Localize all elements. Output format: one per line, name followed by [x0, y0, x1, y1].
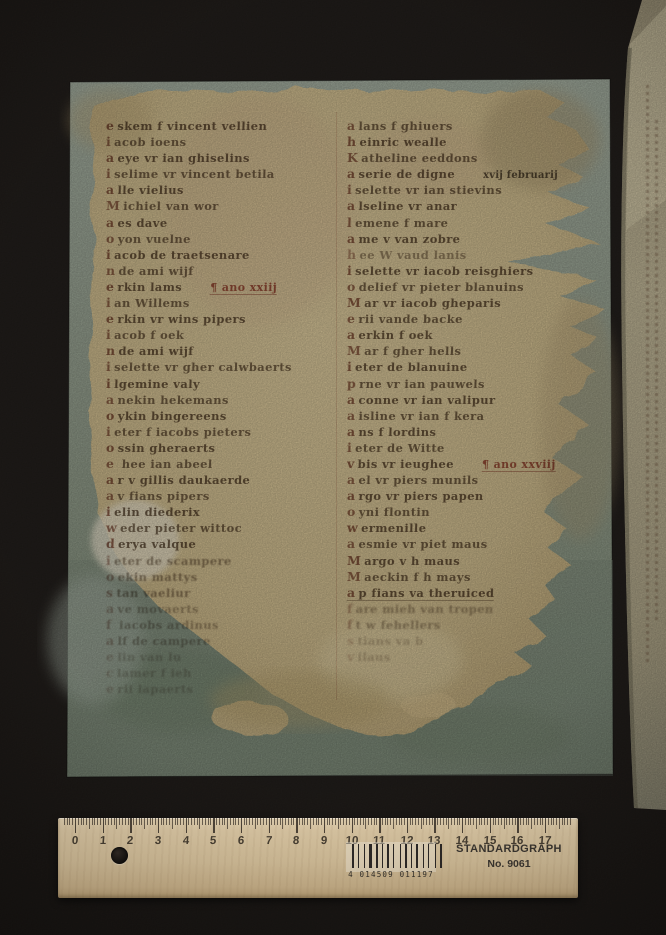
ruler-tick: [407, 818, 408, 833]
ruler-tick: [534, 818, 535, 825]
barcode-bar: [358, 844, 359, 868]
ruler-tick: [501, 818, 502, 825]
ruler-tick: [421, 818, 422, 829]
barcode-bar: [440, 844, 442, 868]
grain-overlay: [0, 0, 666, 935]
ruler-tick: [537, 818, 538, 825]
ruler-tick: [227, 818, 228, 829]
barcode-bar: [382, 844, 383, 868]
barcode-bar: [369, 844, 372, 868]
ruler-tick: [116, 818, 117, 829]
ruler-number: 4: [182, 835, 189, 847]
ruler-tick: [481, 818, 482, 825]
ruler-tick: [332, 818, 333, 825]
ruler-tick: [92, 818, 93, 825]
ruler-tick: [210, 818, 211, 825]
ruler-tick: [191, 818, 192, 825]
ruler-tick: [122, 818, 123, 825]
ruler-tick: [161, 818, 162, 825]
ruler-number: 1: [99, 835, 106, 847]
ruler-tick: [493, 818, 494, 825]
ruler-tick: [426, 818, 427, 825]
ruler-tick: [570, 818, 571, 825]
ruler-tick: [465, 818, 466, 825]
ruler-tick: [152, 818, 153, 825]
ruler-number: 6: [237, 835, 244, 847]
barcode-bar: [352, 844, 354, 868]
ruler-tick: [108, 818, 109, 825]
ruler-tick: [360, 818, 361, 825]
folio-script-marks: [655, 120, 658, 620]
ruler-tick: [69, 818, 70, 825]
ruler-tick: [130, 818, 131, 833]
ruler-tick: [216, 818, 217, 825]
barcode: 4 014509 011197: [346, 842, 436, 884]
ruler-tick: [321, 818, 322, 825]
ruler-tick: [548, 818, 549, 825]
ruler-tick: [498, 818, 499, 825]
ruler-tick: [266, 818, 267, 825]
ruler-tick: [523, 818, 524, 825]
model-number: No. 9061: [448, 858, 570, 870]
barcode-bar: [423, 844, 424, 868]
folio-script-marks: [646, 85, 649, 665]
ruler-tick: [520, 818, 521, 825]
ruler-tick: [470, 818, 471, 825]
ruler-tick: [318, 818, 319, 825]
ruler-tick: [188, 818, 189, 825]
ruler-tick: [199, 818, 200, 829]
ruler-tick: [194, 818, 195, 825]
ruler-tick: [238, 818, 239, 825]
ruler-tick: [506, 818, 507, 825]
ruler-number: 5: [210, 835, 217, 847]
ruler-tick: [329, 818, 330, 825]
ruler-tick: [64, 818, 65, 825]
ruler-tick: [415, 818, 416, 825]
ruler-tick: [141, 818, 142, 825]
ruler-tick: [97, 818, 98, 825]
ruler-tick: [86, 818, 87, 825]
ruler-tick: [67, 818, 68, 825]
ruler-tick: [304, 818, 305, 825]
barcode-bar: [393, 844, 394, 868]
ruler-tick: [340, 818, 341, 825]
barcode-digits: 4 014509 011197: [346, 870, 436, 879]
ruler-tick: [208, 818, 209, 825]
ruler-tick: [299, 818, 300, 825]
ruler-tick: [443, 818, 444, 825]
ruler-tick: [410, 818, 411, 825]
ruler-tick: [100, 818, 101, 825]
ruler-tick: [316, 818, 317, 825]
ruler-tick: [517, 818, 518, 833]
ruler-tick: [111, 818, 112, 825]
ruler-tick: [263, 818, 264, 825]
ruler-tick: [150, 818, 151, 825]
ruler-tick: [553, 818, 554, 825]
ruler-number: 9: [320, 835, 327, 847]
ruler-tick: [128, 818, 129, 825]
ruler-tick: [451, 818, 452, 825]
ruler-tick: [343, 818, 344, 825]
ruler-tick: [393, 818, 394, 829]
ruler-tick: [448, 818, 449, 829]
ruler-tick: [354, 818, 355, 825]
ruler-tick: [324, 818, 325, 833]
ruler-tick: [139, 818, 140, 825]
ruler-tick: [515, 818, 516, 825]
ruler-tick: [296, 818, 297, 833]
ruler-tick: [404, 818, 405, 825]
ruler-number: 3: [154, 835, 161, 847]
ruler-tick: [528, 818, 529, 825]
ruler-tick: [385, 818, 386, 825]
barcode-bar: [416, 844, 418, 868]
ruler-tick: [349, 818, 350, 825]
ruler-tick: [119, 818, 120, 825]
ruler-hole: [111, 847, 128, 864]
barcode-bar: [400, 844, 401, 868]
ruler-tick: [125, 818, 126, 825]
ruler-tick: [269, 818, 270, 833]
ruler-tick: [473, 818, 474, 825]
ruler-tick: [277, 818, 278, 825]
ruler-tick: [540, 818, 541, 825]
ruler-tick: [365, 818, 366, 829]
ruler-tick: [197, 818, 198, 825]
ruler-tick: [432, 818, 433, 825]
ruler-tick: [434, 818, 435, 833]
ruler-tick: [487, 818, 488, 825]
ruler-tick: [509, 818, 510, 825]
ruler-tick: [103, 818, 104, 833]
ruler-tick: [219, 818, 220, 825]
ruler-tick: [446, 818, 447, 825]
ruler-tick: [376, 818, 377, 825]
ruler-tick: [224, 818, 225, 825]
manuscript-photo: eskem f vincent vellieniacob ioensaeye v…: [0, 0, 666, 935]
ruler-tick: [235, 818, 236, 825]
ruler-tick: [177, 818, 178, 825]
ruler-tick: [313, 818, 314, 825]
ruler-tick: [136, 818, 137, 825]
ruler-tick: [252, 818, 253, 825]
ruler-tick: [567, 818, 568, 825]
ruler-tick: [291, 818, 292, 825]
ruler-tick: [401, 818, 402, 825]
ruler-tick: [72, 818, 73, 825]
ruler-tick: [338, 818, 339, 829]
ruler-tick: [280, 818, 281, 825]
ruler-number: 8: [293, 835, 300, 847]
ruler-tick: [205, 818, 206, 825]
ruler-tick: [484, 818, 485, 825]
ruler-tick: [374, 818, 375, 825]
ruler-tick: [556, 818, 557, 825]
ruler-tick: [531, 818, 532, 829]
ruler-tick: [437, 818, 438, 825]
ruler-tick: [382, 818, 383, 825]
ruler-tick: [379, 818, 380, 833]
ruler-tick: [282, 818, 283, 829]
ruler-tick: [479, 818, 480, 825]
ruler-tick: [418, 818, 419, 825]
ruler-tick: [175, 818, 176, 825]
barcode-bar: [428, 844, 429, 868]
ruler-tick: [454, 818, 455, 825]
barcode-bar: [387, 844, 389, 868]
ruler-tick: [83, 818, 84, 825]
ruler-tick: [542, 818, 543, 825]
ruler-tick: [512, 818, 513, 825]
ruler-tick: [459, 818, 460, 825]
ruler-tick: [114, 818, 115, 825]
ruler-tick: [490, 818, 491, 833]
ruler-tick: [368, 818, 369, 825]
ruler-tick: [222, 818, 223, 825]
photo-scene: [0, 0, 666, 935]
ruler-tick: [462, 818, 463, 833]
ruler-tick: [559, 818, 560, 829]
ruler-tick: [144, 818, 145, 829]
ruler-tick: [387, 818, 388, 825]
ruler-tick: [186, 818, 187, 833]
ruler-tick: [169, 818, 170, 825]
ruler-tick: [302, 818, 303, 825]
ruler-tick: [412, 818, 413, 825]
ruler-tick: [249, 818, 250, 825]
barcode-bar: [364, 844, 365, 868]
ruler-tick: [244, 818, 245, 825]
barcode-bar: [405, 844, 407, 868]
ruler-tick: [213, 818, 214, 833]
ruler-tick: [390, 818, 391, 825]
ruler-tick: [526, 818, 527, 825]
brand-block: STANDARDGRAPH No. 9061: [448, 843, 570, 870]
ruler-tick: [495, 818, 496, 825]
ruler-tick: [81, 818, 82, 825]
ruler-tick: [155, 818, 156, 825]
ruler-tick: [440, 818, 441, 825]
ruler-tick: [172, 818, 173, 829]
ruler-tick: [163, 818, 164, 825]
barcode-bar: [435, 844, 436, 868]
ruler-tick: [260, 818, 261, 825]
ruler-tick: [94, 818, 95, 825]
ruler-tick: [310, 818, 311, 829]
ruler-tick: [429, 818, 430, 825]
ruler-tick: [371, 818, 372, 825]
ruler-number: 2: [127, 835, 134, 847]
ruler-tick: [551, 818, 552, 825]
ruler: 01234567891011121314151617 4 014509 0111…: [58, 818, 578, 898]
ruler-tick: [271, 818, 272, 825]
ruler-tick: [180, 818, 181, 825]
ruler-tick: [468, 818, 469, 825]
brand-name: STANDARDGRAPH: [448, 843, 570, 855]
ruler-tick: [133, 818, 134, 825]
ruler-tick: [230, 818, 231, 825]
ruler-tick: [166, 818, 167, 825]
ruler-tick: [246, 818, 247, 825]
ruler-tick: [476, 818, 477, 829]
ruler-tick: [233, 818, 234, 825]
ruler-tick: [562, 818, 563, 825]
ruler-tick: [399, 818, 400, 825]
ruler-tick: [285, 818, 286, 825]
ruler-tick: [457, 818, 458, 825]
ruler-number: 0: [71, 835, 78, 847]
ruler-tick: [257, 818, 258, 825]
ruler-tick: [183, 818, 184, 825]
ruler-tick: [293, 818, 294, 825]
ruler-tick: [346, 818, 347, 825]
ruler-tick: [288, 818, 289, 825]
ruler-number: 7: [265, 835, 272, 847]
ruler-tick: [357, 818, 358, 825]
ruler-tick: [335, 818, 336, 825]
ruler-tick: [396, 818, 397, 825]
ruler-tick: [241, 818, 242, 833]
ruler-tick: [147, 818, 148, 825]
ruler-tick: [504, 818, 505, 829]
ruler-tick: [564, 818, 565, 825]
ruler-tick: [423, 818, 424, 825]
ruler-tick: [78, 818, 79, 825]
ruler-tick: [363, 818, 364, 825]
barcode-bar: [376, 844, 378, 868]
ruler-tick: [105, 818, 106, 825]
ruler-tick: [255, 818, 256, 829]
barcode-bar: [411, 844, 412, 868]
ruler-tick: [158, 818, 159, 833]
ruler-tick: [352, 818, 353, 833]
ruler-tick: [327, 818, 328, 825]
ruler-tick: [545, 818, 546, 833]
ruler-tick: [202, 818, 203, 825]
ruler-tick: [307, 818, 308, 825]
ruler-tick: [89, 818, 90, 829]
ruler-tick: [274, 818, 275, 825]
ruler-tick: [75, 818, 76, 833]
